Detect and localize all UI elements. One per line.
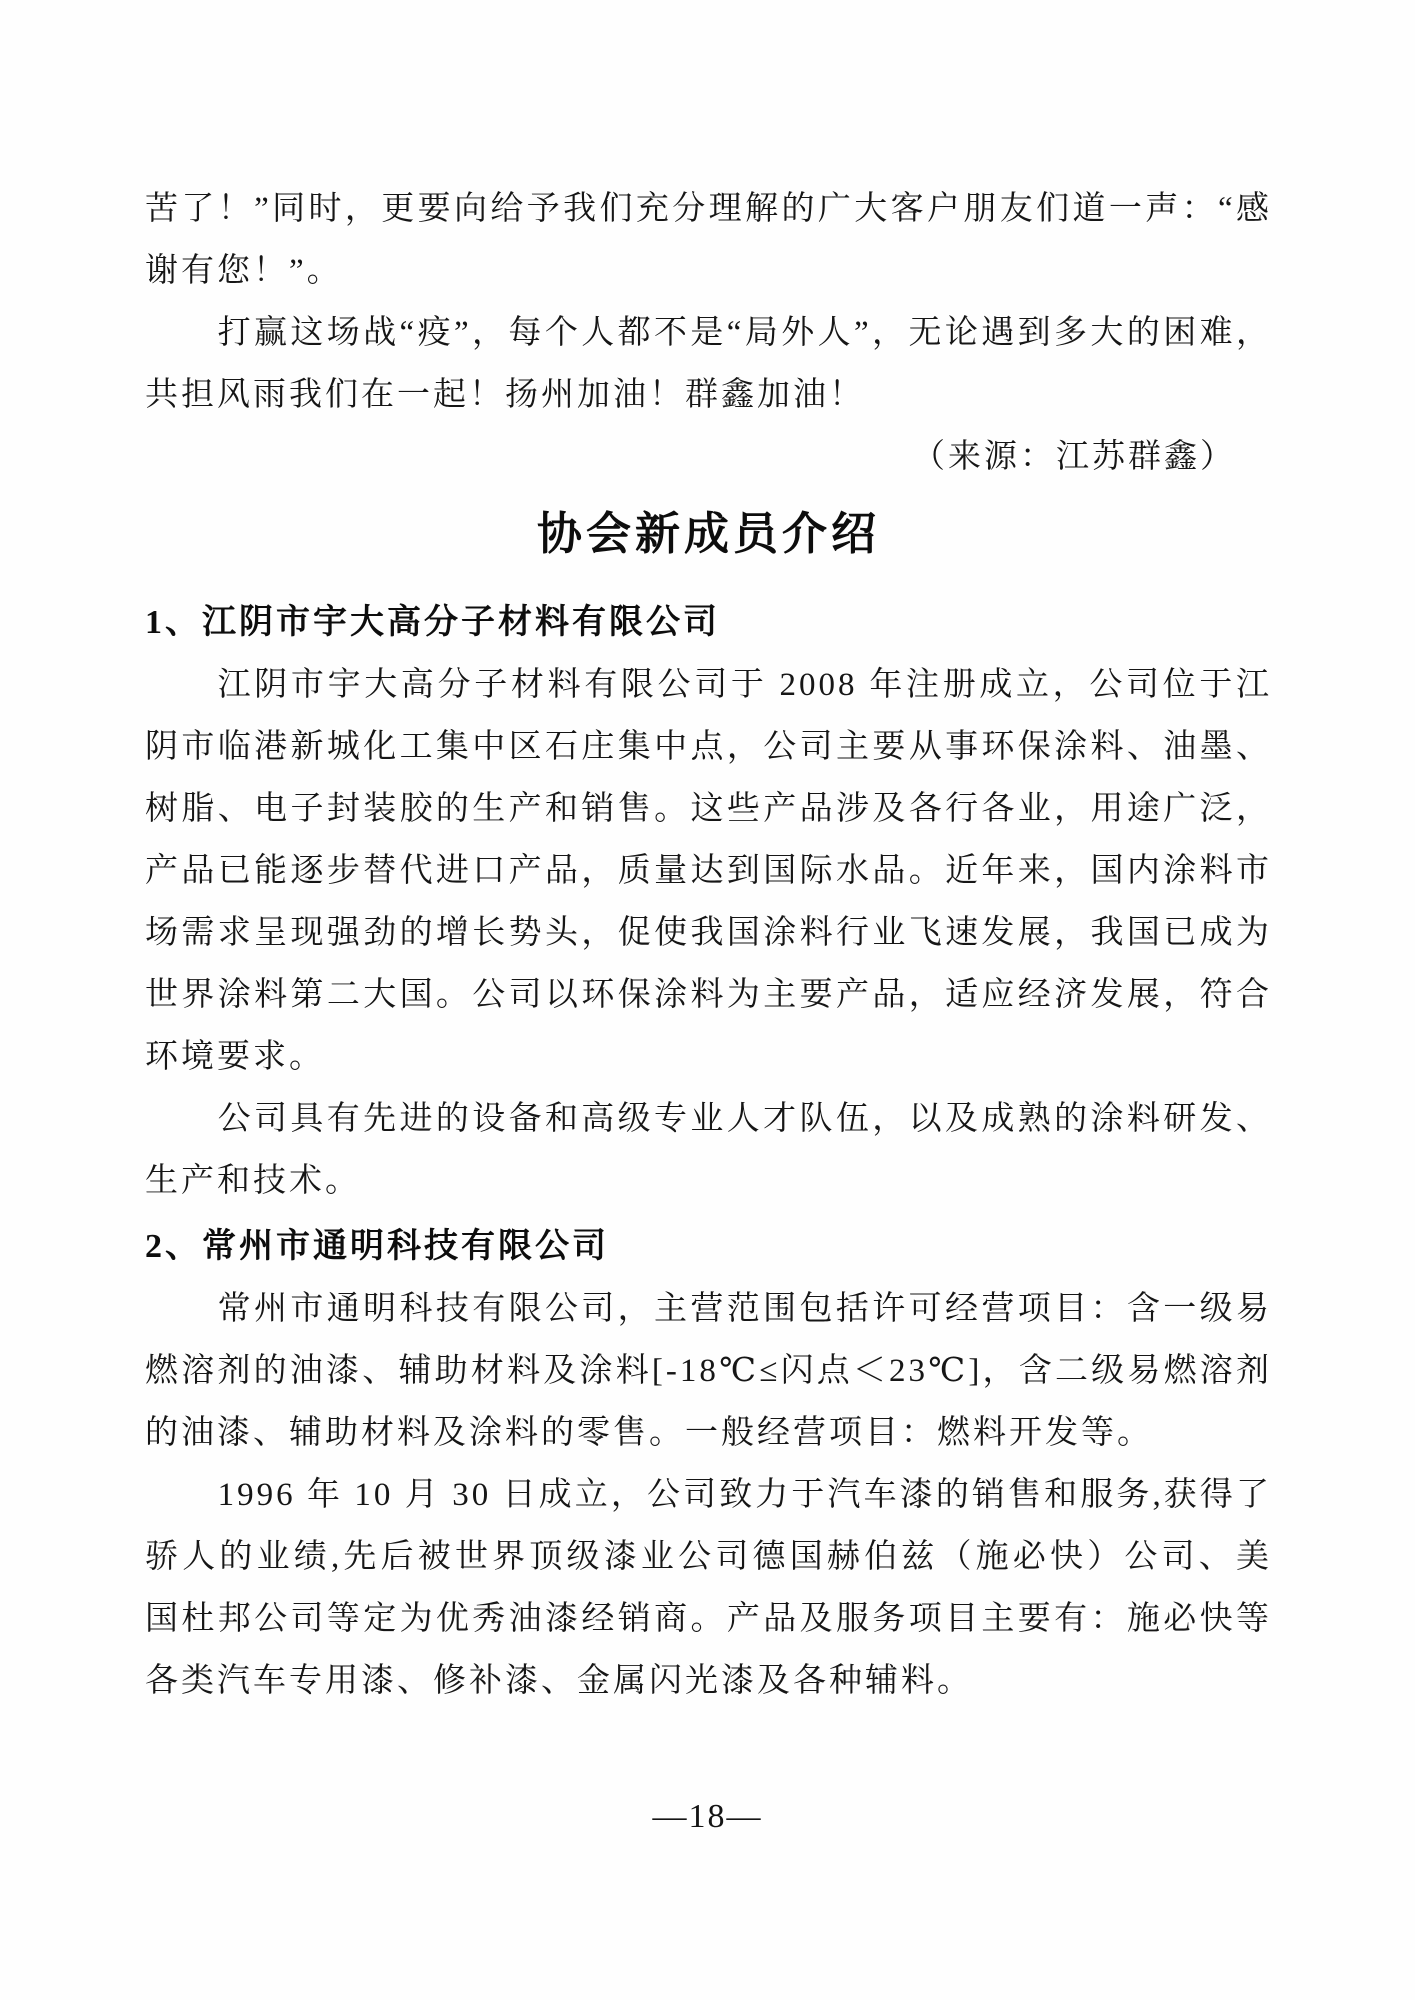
section-heading-new-members: 协会新成员介绍 bbox=[145, 498, 1272, 570]
member-2-paragraph-1: 常州市通明科技有限公司，主营范围包括许可经营项目：含一级易燃溶剂的油漆、辅助材料… bbox=[145, 1278, 1272, 1464]
member-2-paragraph-2: 1996 年 10 月 30 日成立，公司致力于汽车漆的销售和服务,获得了骄人的… bbox=[145, 1464, 1272, 1712]
page-content: 苦了！”同时，更要向给予我们充分理解的广大客户朋友们道一声：“感谢有您！”。 打… bbox=[145, 178, 1272, 1712]
document-page: 苦了！”同时，更要向给予我们充分理解的广大客户朋友们道一声：“感谢有您！”。 打… bbox=[0, 0, 1415, 2000]
member-1-paragraph-2: 公司具有先进的设备和高级专业人才队伍，以及成熟的涂料研发、生产和技术。 bbox=[145, 1088, 1272, 1212]
source-credit: （来源：江苏群鑫） bbox=[145, 426, 1272, 488]
member-1-title: 1、江阴市宇大高分子材料有限公司 bbox=[145, 592, 1272, 654]
page-number: —18— bbox=[0, 1798, 1415, 1836]
paragraph-fight-epidemic: 打赢这场战“疫”，每个人都不是“局外人”，无论遇到多大的困难，共担风雨我们在一起… bbox=[145, 302, 1272, 426]
member-1-paragraph-1: 江阴市宇大高分子材料有限公司于 2008 年注册成立，公司位于江阴市临港新城化工… bbox=[145, 654, 1272, 1088]
member-2-title: 2、常州市通明科技有限公司 bbox=[145, 1216, 1272, 1278]
paragraph-continuation-tail: 苦了！”同时，更要向给予我们充分理解的广大客户朋友们道一声：“感谢有您！”。 bbox=[145, 178, 1272, 302]
